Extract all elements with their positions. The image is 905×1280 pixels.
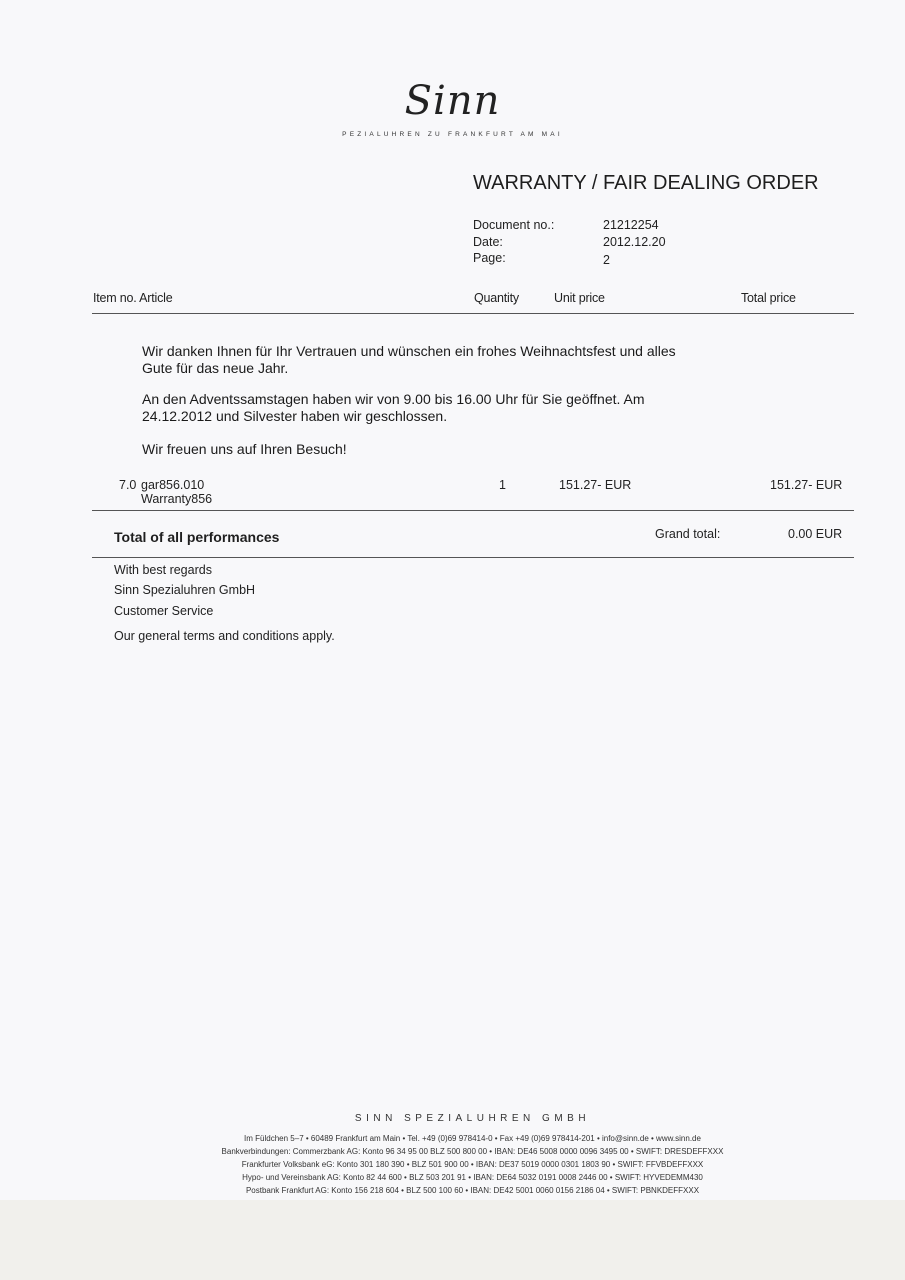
brand-tagline: PEZIALUHREN ZU FRANKFURT AM MAI [0,131,905,138]
grand-total-value: 0.00 EUR [788,527,842,541]
article-name: Warranty856 [141,492,212,506]
scanner-background [0,1200,905,1280]
date-value: 2012.12.20 [603,235,666,249]
item-unit-price: 151.27- EUR [559,478,631,492]
document-title: WARRANTY / FAIR DEALING ORDER [473,172,819,195]
article-code: gar856.010 [141,478,204,492]
page-value: 2 [603,253,610,267]
item-quantity: 1 [499,478,506,492]
footer-bank-line: Bankverbindungen: Commerzbank AG: Konto … [0,1147,905,1156]
footer-bank-line: Frankfurter Volksbank eG: Konto 301 180 … [0,1160,905,1169]
document-number-value: 21212254 [603,218,659,232]
column-header-quantity: Quantity [474,291,519,305]
header-divider [92,313,854,314]
grand-total-label: Grand total: [655,527,720,541]
totals-divider [92,557,854,558]
item-number: 7.0 [119,478,136,492]
footer-address-line: Im Füldchen 5–7 • 60489 Frankfurt am Mai… [0,1134,905,1143]
item-divider [92,510,854,511]
column-header-unit-price: Unit price [554,291,605,305]
message-paragraph: An den Adventssamstagen haben wir von 9.… [142,391,682,425]
document-page: Sinn PEZIALUHREN ZU FRANKFURT AM MAI WAR… [0,0,905,1200]
page-label: Page: [473,251,506,265]
brand-logo: Sinn [0,78,905,124]
document-number-label: Document no.: [473,218,554,232]
column-header-item-article: Item no. Article [93,291,172,305]
footer-bank-line: Hypo- und Vereinsbank AG: Konto 82 44 60… [0,1173,905,1182]
message-paragraph: Wir freuen uns auf Ihren Besuch! [142,441,682,458]
date-label: Date: [473,235,503,249]
item-total-price: 151.27- EUR [770,478,842,492]
closing-department: Customer Service [114,604,213,618]
terms-note: Our general terms and conditions apply. [114,629,335,643]
closing-company: Sinn Spezialuhren GmbH [114,583,255,597]
column-header-total-price: Total price [741,291,796,305]
footer-company-name: SINN SPEZIALUHREN GMBH [0,1113,905,1124]
message-paragraph: Wir danken Ihnen für Ihr Vertrauen und w… [142,343,682,377]
totals-label: Total of all performances [114,529,279,545]
closing-regards: With best regards [114,563,212,577]
